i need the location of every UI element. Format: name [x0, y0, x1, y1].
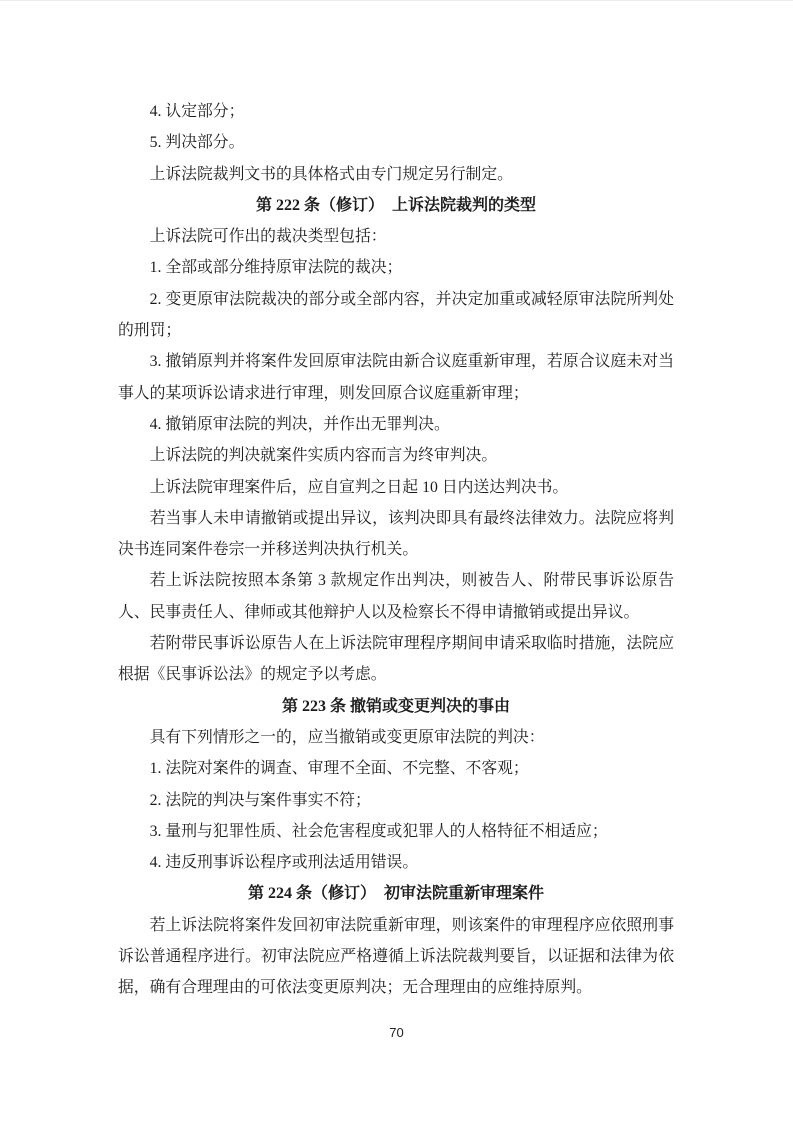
paragraph: 5. 判决部分。: [118, 127, 674, 158]
paragraph: 1. 法院对案件的调查、审理不全面、不完整、不客观；: [118, 753, 674, 784]
paragraph: 若附带民事诉讼原告人在上诉法院审理程序期间申请采取临时措施，法院应根据《民事诉讼…: [118, 628, 674, 691]
paragraph: 上诉法院可作出的裁决类型包括：: [118, 221, 674, 252]
paragraph: 4. 撤销原审法院的判决，并作出无罪判决。: [118, 409, 674, 440]
paragraph: 4. 认定部分；: [118, 96, 674, 127]
paragraph: 若上诉法院按照本条第 3 款规定作出判决，则被告人、附带民事诉讼原告人、民事责任…: [118, 565, 674, 628]
paragraph: 4. 违反刑事诉讼程序或刑法适用错误。: [118, 847, 674, 878]
article-heading: 第 223 条 撤销或变更判决的事由: [118, 691, 674, 722]
paragraph: 3. 撤销原判并将案件发回原审法院由新合议庭重新审理，若原合议庭未对当事人的某项…: [118, 346, 674, 409]
paragraph: 上诉法院的判决就案件实质内容而言为终审判决。: [118, 440, 674, 471]
paragraph: 上诉法院审理案件后，应自宣判之日起 10 日内送达判决书。: [118, 472, 674, 503]
article-heading: 第 224 条（修订） 初审法院重新审理案件: [118, 878, 674, 909]
paragraph: 若上诉法院将案件发回初审法院重新审理，则该案件的审理程序应依照刑事诉讼普通程序进…: [118, 910, 674, 1004]
paragraph: 上诉法院裁判文书的具体格式由专门规定另行制定。: [118, 159, 674, 190]
paragraph: 2. 法院的判决与案件事实不符；: [118, 785, 674, 816]
page-number: 70: [0, 1025, 793, 1040]
paragraph: 1. 全部或部分维持原审法院的裁决；: [118, 252, 674, 283]
document-page: 4. 认定部分；5. 判决部分。上诉法院裁判文书的具体格式由专门规定另行制定。第…: [0, 0, 793, 1122]
paragraph: 若当事人未申请撤销或提出异议，该判决即具有最终法律效力。法院应将判决书连同案件卷…: [118, 503, 674, 566]
article-heading: 第 222 条（修订） 上诉法院裁判的类型: [118, 190, 674, 221]
paragraph: 2. 变更原审法院裁决的部分或全部内容，并决定加重或减轻原审法院所判处的刑罚；: [118, 284, 674, 347]
document-body: 4. 认定部分；5. 判决部分。上诉法院裁判文书的具体格式由专门规定另行制定。第…: [118, 96, 674, 1004]
paragraph: 具有下列情形之一的，应当撤销或变更原审法院的判决：: [118, 722, 674, 753]
paragraph: 3. 量刑与犯罪性质、社会危害程度或犯罪人的人格特征不相适应；: [118, 816, 674, 847]
